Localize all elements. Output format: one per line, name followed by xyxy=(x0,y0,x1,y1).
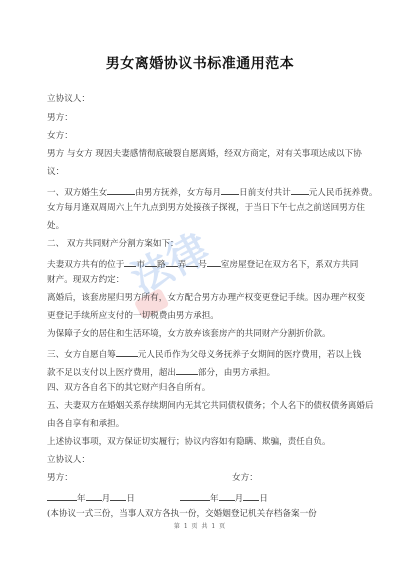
page-footer: 第 1 页 共 1 页 xyxy=(0,521,400,530)
clause-5-line-1: 五、夫妻双方在婚姻关系存续期间内无其它共同债权债务；个人名下的债权债务离婚后 xyxy=(47,401,374,412)
excess-amount-blank[interactable] xyxy=(176,365,198,375)
male-date-line: 年月日 xyxy=(47,491,135,505)
clause-1-line-1: 一、双方婚生女由男方抚养，女方每月日前支付共计元人民币抚养费。 xyxy=(47,185,377,199)
room-blank[interactable] xyxy=(207,257,221,267)
clause-4: 四、双方各自名下的其它财产归各自所有。 xyxy=(47,383,210,394)
document-title: 男女离婚协议书标准通用范本 xyxy=(0,53,400,73)
number-blank[interactable] xyxy=(186,257,198,267)
clause-2-line-4: 更登记手续所应支付的一切税费由男方承担。 xyxy=(47,311,219,322)
male-party-label: 男方： xyxy=(47,113,73,124)
child-name-blank[interactable] xyxy=(107,185,135,195)
month-label: 月 xyxy=(235,494,244,504)
clause-3-line-1: 三、女方自愿自筹元人民币作为父母义务抚养子女期间的医疗费用，若以上钱 xyxy=(47,347,361,361)
address-city: 市 xyxy=(136,260,145,270)
male-day-blank[interactable] xyxy=(110,491,126,501)
clause-2-heading: 二、 双方共同财产分割方案如下： xyxy=(47,239,179,250)
male-year-blank[interactable] xyxy=(47,491,77,501)
support-amount-blank[interactable] xyxy=(291,185,309,195)
address-text-b: 室房屋登记在双方名下，系双方共同 xyxy=(221,260,359,270)
male-signature-label: 男方： xyxy=(47,473,73,484)
clause-2-line-5: 为保障子女的居住和生活环境，女方放弃该套房产的共同财产分割折价款。 xyxy=(47,329,331,340)
female-day-blank[interactable] xyxy=(243,491,259,501)
clause-3-line-2: 款不足以支付以上医疗费用，超出部分，由男方承担。 xyxy=(47,365,275,379)
clause-3-text-a: 三、女方自愿自筹 xyxy=(47,350,116,360)
address-text-a: 夫妻双方共有的位于 xyxy=(47,260,124,270)
day-label: 日 xyxy=(126,494,135,504)
clause-2-line-2: 财产。现双方约定： xyxy=(47,275,124,286)
female-date-line: 年月日 xyxy=(180,491,268,505)
clause-1-text-c: 日前支付共计 xyxy=(239,188,291,198)
preamble-line-1: 男方 与女方 现因夫妻感情彻底破裂自愿离婚，经双方商定，对有关事项达成以下协 xyxy=(47,149,362,160)
road-blank[interactable] xyxy=(145,257,157,267)
clause-1-line-3: 处。 xyxy=(47,221,64,232)
clause-3-text-c: 款不足以支付以上医疗费用，超出 xyxy=(47,368,176,378)
lane-blank[interactable] xyxy=(166,257,178,267)
clause-2-line-1: 夫妻双方共有的位于市路弄号室房屋登记在双方名下，系双方共同 xyxy=(47,257,358,271)
clause-3-text-d: 部分，由男方承担。 xyxy=(198,368,275,378)
address-number: 号 xyxy=(198,260,207,270)
address-lane: 弄 xyxy=(178,260,187,270)
medical-fund-blank[interactable] xyxy=(116,347,138,357)
clause-1-text-b: 由男方抚养，女方每月 xyxy=(135,188,221,198)
city-blank[interactable] xyxy=(124,257,136,267)
female-party-label: 女方： xyxy=(47,131,73,142)
address-road: 路 xyxy=(157,260,166,270)
month-label: 月 xyxy=(102,494,111,504)
signatories-label-bottom: 立协议人： xyxy=(47,455,90,466)
female-signature-label: 女方： xyxy=(232,473,258,484)
clause-3-text-b: 元人民币作为父母义务抚养子女期间的医疗费用，若以上钱 xyxy=(138,350,361,360)
preamble-line-2: 议： xyxy=(47,167,64,178)
clause-5-line-2: 由各自享有和承担。 xyxy=(47,419,124,430)
guarantee-statement: 上述协议事项，双方保证切实履行；协议内容如有隐瞒、欺骗，责任自负。 xyxy=(47,437,331,448)
female-month-blank[interactable] xyxy=(219,491,235,501)
clause-1-line-2: 女方每月逢双周周六上午九点到男方处接孩子探视，于当日下午七点之前送回男方住 xyxy=(47,203,365,214)
male-month-blank[interactable] xyxy=(86,491,102,501)
document-page: 法律 男女离婚协议书标准通用范本 立协议人： 男方： 女方： 男方 与女方 现因… xyxy=(0,0,400,565)
year-label: 年 xyxy=(210,494,219,504)
day-label: 日 xyxy=(259,494,268,504)
clause-1-text-d: 元人民币抚养费。 xyxy=(309,188,378,198)
payment-day-blank[interactable] xyxy=(221,185,239,195)
copies-note: (本协议一式三份，当事人双方各执一份，交婚姻登记机关存档备案一份 xyxy=(47,509,317,520)
female-year-blank[interactable] xyxy=(180,491,210,501)
year-label: 年 xyxy=(77,494,86,504)
clause-2-line-3: 离婚后，该套房屋归男方所有，女方配合男方办理产权变更登记手续。因办理产权变 xyxy=(47,293,365,304)
clause-1-text-a: 一、双方婚生女 xyxy=(47,188,107,198)
signatories-label: 立协议人： xyxy=(47,94,90,105)
